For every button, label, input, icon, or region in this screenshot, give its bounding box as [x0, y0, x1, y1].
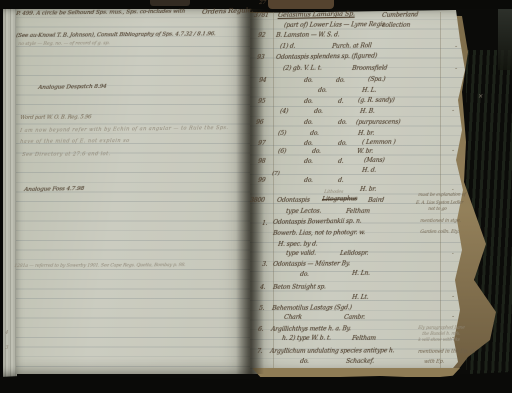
- handwritten-line: must be explanation of: [418, 194, 466, 199]
- handwritten-line: not to go: [428, 208, 447, 213]
- handwritten-line: k will show with rks: [418, 339, 460, 344]
- handwritten-line: mentioned in the Ep. st.: [418, 350, 476, 355]
- ledger-photo: P. 499. A circle be Selhound Sps. mus., …: [0, 0, 512, 393]
- handwritten-line: mentioned in stge.: [420, 220, 461, 225]
- handwritten-line: E. A. Lias Syston Ledler: [416, 201, 464, 206]
- handwritten-line: the Bundel h. mfs.: [422, 333, 461, 338]
- handwritten-line: with Ep.: [424, 360, 445, 365]
- handwritten-line: Garden colln. Ety.: [420, 231, 459, 236]
- right-page-margin-notes: must be explanation ofE. A. Lias Syston …: [0, 0, 512, 393]
- handwritten-line: Ely paragraphed Lane: [418, 327, 465, 332]
